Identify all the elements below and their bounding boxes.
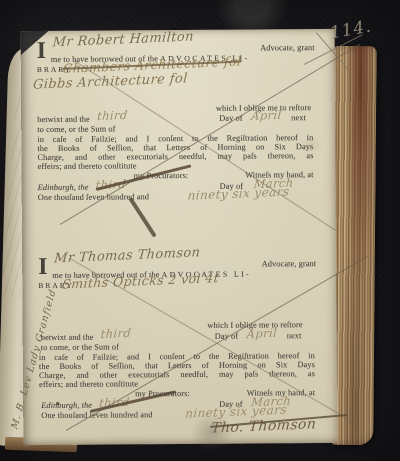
thumb-smudge-stain [188,412,236,452]
printed-next: next [291,113,306,123]
printed-edinburgh: Edinburgh, the [38,183,89,193]
printed-edinburgh: Edinburgh, the [41,401,92,411]
ledger-page: I Mr Robert Hamilton Advocate, grant me … [21,29,338,445]
year-words-handwritten: ninety six years [187,184,290,202]
printed-to-come: to come, or the Sum of [37,124,115,134]
printed-advocate-grant: Advocate, grant [262,259,317,269]
return-day-handwritten: third [97,108,129,123]
dropcap-initial: I [38,255,48,279]
borrower-name-handwritten: Mr Robert Hamilton [52,29,194,50]
return-month-handwritten: April [246,326,278,341]
return-month-handwritten: April [251,108,283,123]
printed-betwixt: betwixt and the [37,115,90,125]
printed-to-come: to come, or the Sum of [41,342,119,352]
printed-failzie-line: effeirs; and thereto conſtitute [39,379,138,389]
foxing-stain [300,138,322,153]
printed-advocate-grant: Advocate, grant [260,43,315,53]
printed-betwixt: betwixt and the [41,333,94,343]
dropcap-initial: I [37,39,47,63]
printed-failzie-line: effeirs; and thereto conſtitute [37,161,136,171]
printed-next: next [287,331,302,341]
borrower-name-handwritten: Mr Thomas Thomson [54,245,201,266]
book-photograph: I Mr Robert Hamilton Advocate, grant me … [0,0,400,461]
ink-dot [56,402,59,405]
return-day-handwritten: third [100,326,132,341]
book-fore-edge [331,46,376,445]
